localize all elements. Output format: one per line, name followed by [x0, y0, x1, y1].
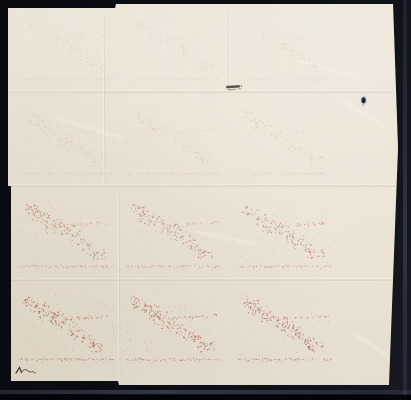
stamp-sheet-photo [0, 0, 411, 400]
photograph [0, 0, 411, 400]
paper-shade [8, 4, 398, 385]
